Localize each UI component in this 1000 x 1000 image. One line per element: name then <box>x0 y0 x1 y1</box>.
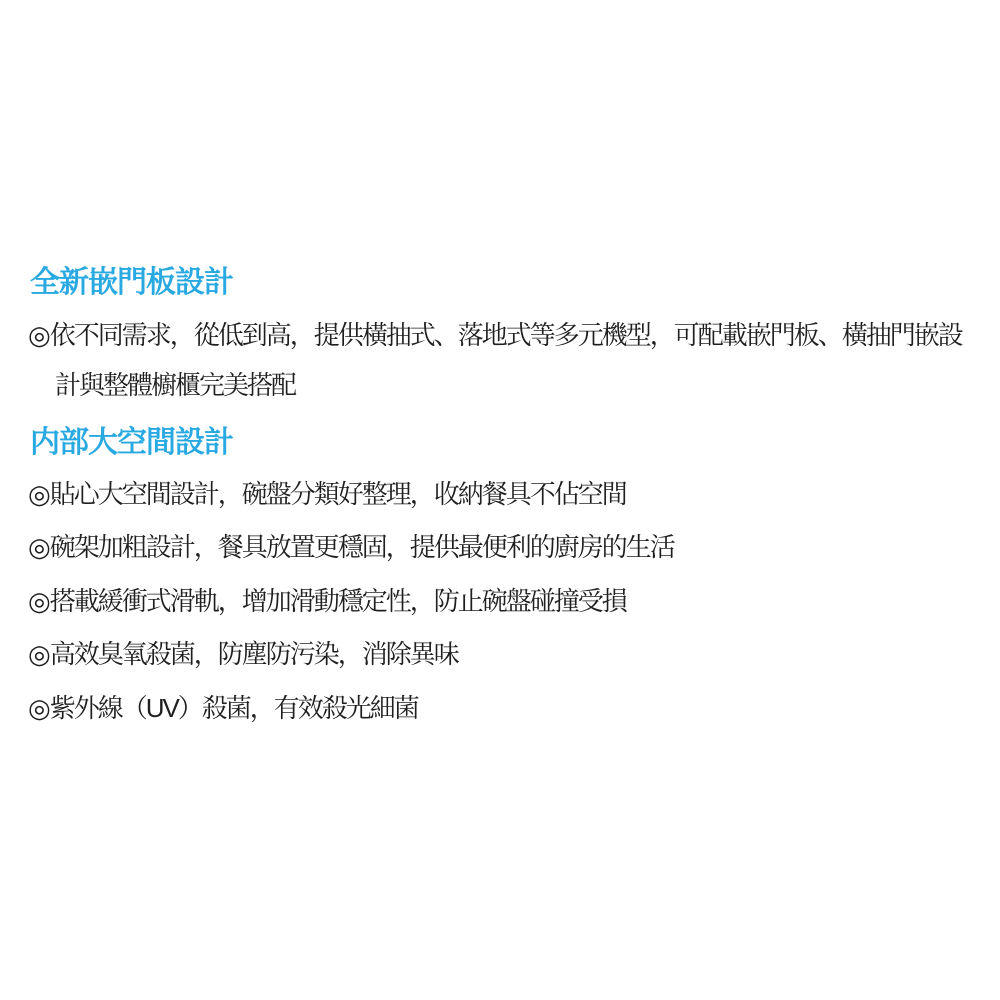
bullet-item-large-space: ◎貼心大空間設計，碗盤分類好整理，收納餐具不佔空間 <box>28 481 626 507</box>
bullseye-bullet-icon: ◎ <box>28 534 49 560</box>
section-heading-door-panel-design: 全新嵌門板設計 <box>30 268 233 298</box>
bullet-item-machine-types: ◎依不同需求，從低到高，提供橫抽式、落地式等多元機型，可配載嵌門板、橫抽門嵌設 <box>28 322 962 348</box>
bullet-item-buffered-rail: ◎搭載緩衝式滑軌，增加滑動穩定性，防止碗盤碰撞受損 <box>28 588 626 614</box>
bullet-text: 搭載緩衝式滑軌，增加滑動穩定性，防止碗盤碰撞受損 <box>50 586 626 616</box>
bullet-item-machine-types-continuation: 計與整體櫥櫃完美搭配 <box>55 372 295 398</box>
bullet-text: 依不同需求，從低到高，提供橫抽式、落地式等多元機型，可配載嵌門板、橫抽門嵌設 <box>50 320 962 350</box>
bullet-item-ozone-sterilize: ◎高效臭氧殺菌，防塵防污染，消除異味 <box>28 641 458 667</box>
bullet-item-uv-sterilize: ◎紫外線（UV）殺菌，有效殺光細菌 <box>28 695 418 721</box>
bullseye-bullet-icon: ◎ <box>28 322 49 348</box>
bullet-text: 高效臭氧殺菌，防塵防污染，消除異味 <box>50 639 458 669</box>
product-description-page: 全新嵌門板設計 ◎依不同需求，從低到高，提供橫抽式、落地式等多元機型，可配載嵌門… <box>0 0 1000 1000</box>
bullseye-bullet-icon: ◎ <box>28 641 49 667</box>
section-heading-interior-space-design: 内部大空間設計 <box>30 428 233 458</box>
bullet-text: 貼心大空間設計，碗盤分類好整理，收納餐具不佔空間 <box>50 479 626 509</box>
bullseye-bullet-icon: ◎ <box>28 588 49 614</box>
bullet-text: 紫外線（UV）殺菌，有效殺光細菌 <box>50 693 418 723</box>
bullseye-bullet-icon: ◎ <box>28 481 49 507</box>
bullseye-bullet-icon: ◎ <box>28 695 49 721</box>
bullet-text: 碗架加粗設計，餐具放置更穩固，提供最便利的廚房的生活 <box>50 532 674 562</box>
bullet-item-thick-rack: ◎碗架加粗設計，餐具放置更穩固，提供最便利的廚房的生活 <box>28 534 674 560</box>
